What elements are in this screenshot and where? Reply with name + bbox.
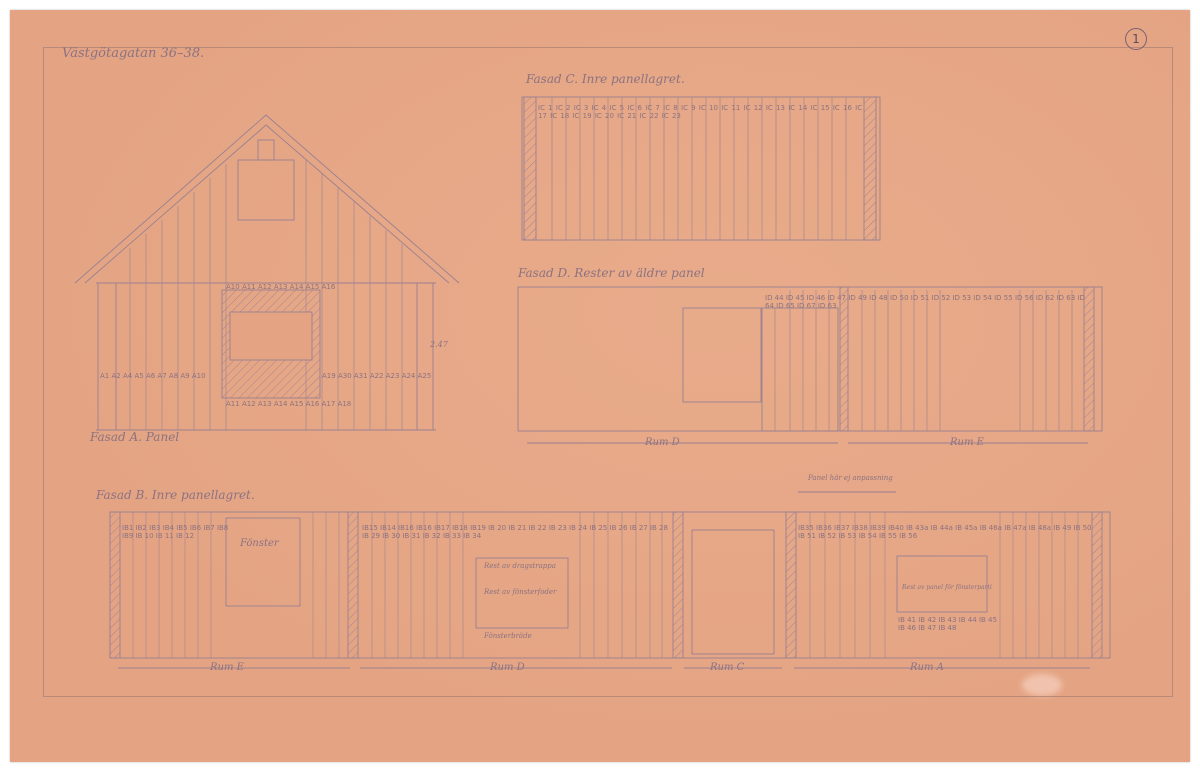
facade-b-panel-labels-a-bottom: IB 41 IB 42 IB 43 IB 44 IB 45 IB 46 IB 4…	[898, 616, 998, 632]
facade-b-room-a: Rum A	[910, 662, 944, 673]
facade-b-note-bottom: Fönsterbräde	[484, 632, 532, 640]
facade-b-panel-labels-d: IB15 IB14 IB16 IB16 IB17 IB18 IB19 IB 20…	[362, 524, 670, 540]
facade-a-drawing	[75, 115, 459, 430]
facade-d-panel-labels: ID 44 ID 45 ID 46 ID 47 ID 49 ID 48 ID 5…	[765, 294, 1095, 310]
facade-d-drawing	[518, 287, 1102, 443]
facade-d-room-e: Rum E	[950, 437, 984, 448]
facade-b-note-stair: Rest av dragstrappa	[484, 562, 556, 570]
facade-b-panel-labels-a: IB35 IB36 IB37 IB38 IB39 IB40 IB 43a IB …	[798, 524, 1092, 540]
facade-b-note-inner-window: Rest av panel för fönsterparti	[902, 584, 992, 591]
facade-b-room-e: Rum E	[210, 662, 244, 673]
facade-b-note-window: Rest av fönsterfoder	[484, 588, 556, 596]
facade-a-right-labels: A19 A30 A31 A22 A23 A24 A25	[322, 372, 431, 380]
facade-b-room-d: Rum D	[490, 662, 525, 673]
facade-a-label: Fasad A. Panel	[90, 430, 179, 444]
facade-b-note-top-right: Panel här ej anpassning	[808, 474, 893, 482]
facade-b-window-label: Fönster	[240, 538, 279, 549]
facade-a-window-bottom-labels: A11 A12 A13 A14 A15 A16 A17 A18	[226, 400, 351, 408]
facade-c-label: Fasad C. Inre panellagret.	[526, 72, 685, 86]
facade-b-room-c: Rum C	[710, 662, 744, 673]
facade-b-label: Fasad B. Inre panellagret.	[96, 488, 255, 502]
facade-c-panel-labels: IC 1 IC 2 IC 3 IC 4 IC 5 IC 6 IC 7 IC 8 …	[538, 104, 868, 120]
facade-a-dimension: 2.47	[430, 340, 448, 349]
facade-a-panel-labels: A1 A2 A4 A5 A6 A7 A8 A9 A10	[100, 372, 206, 380]
facade-d-label: Fasad D. Rester av äldre panel	[518, 266, 705, 280]
facade-d-room-d: Rum D	[645, 437, 680, 448]
facade-b-drawing	[110, 492, 1110, 668]
facade-a-window-top-labels: A10 A11 A12 A13 A14 A15 A16	[226, 283, 335, 291]
facade-b-panel-labels-e: IB1 IB2 IB3 IB4 IB5 IB6 IB7 IB8 IB9 IB 1…	[122, 524, 232, 540]
